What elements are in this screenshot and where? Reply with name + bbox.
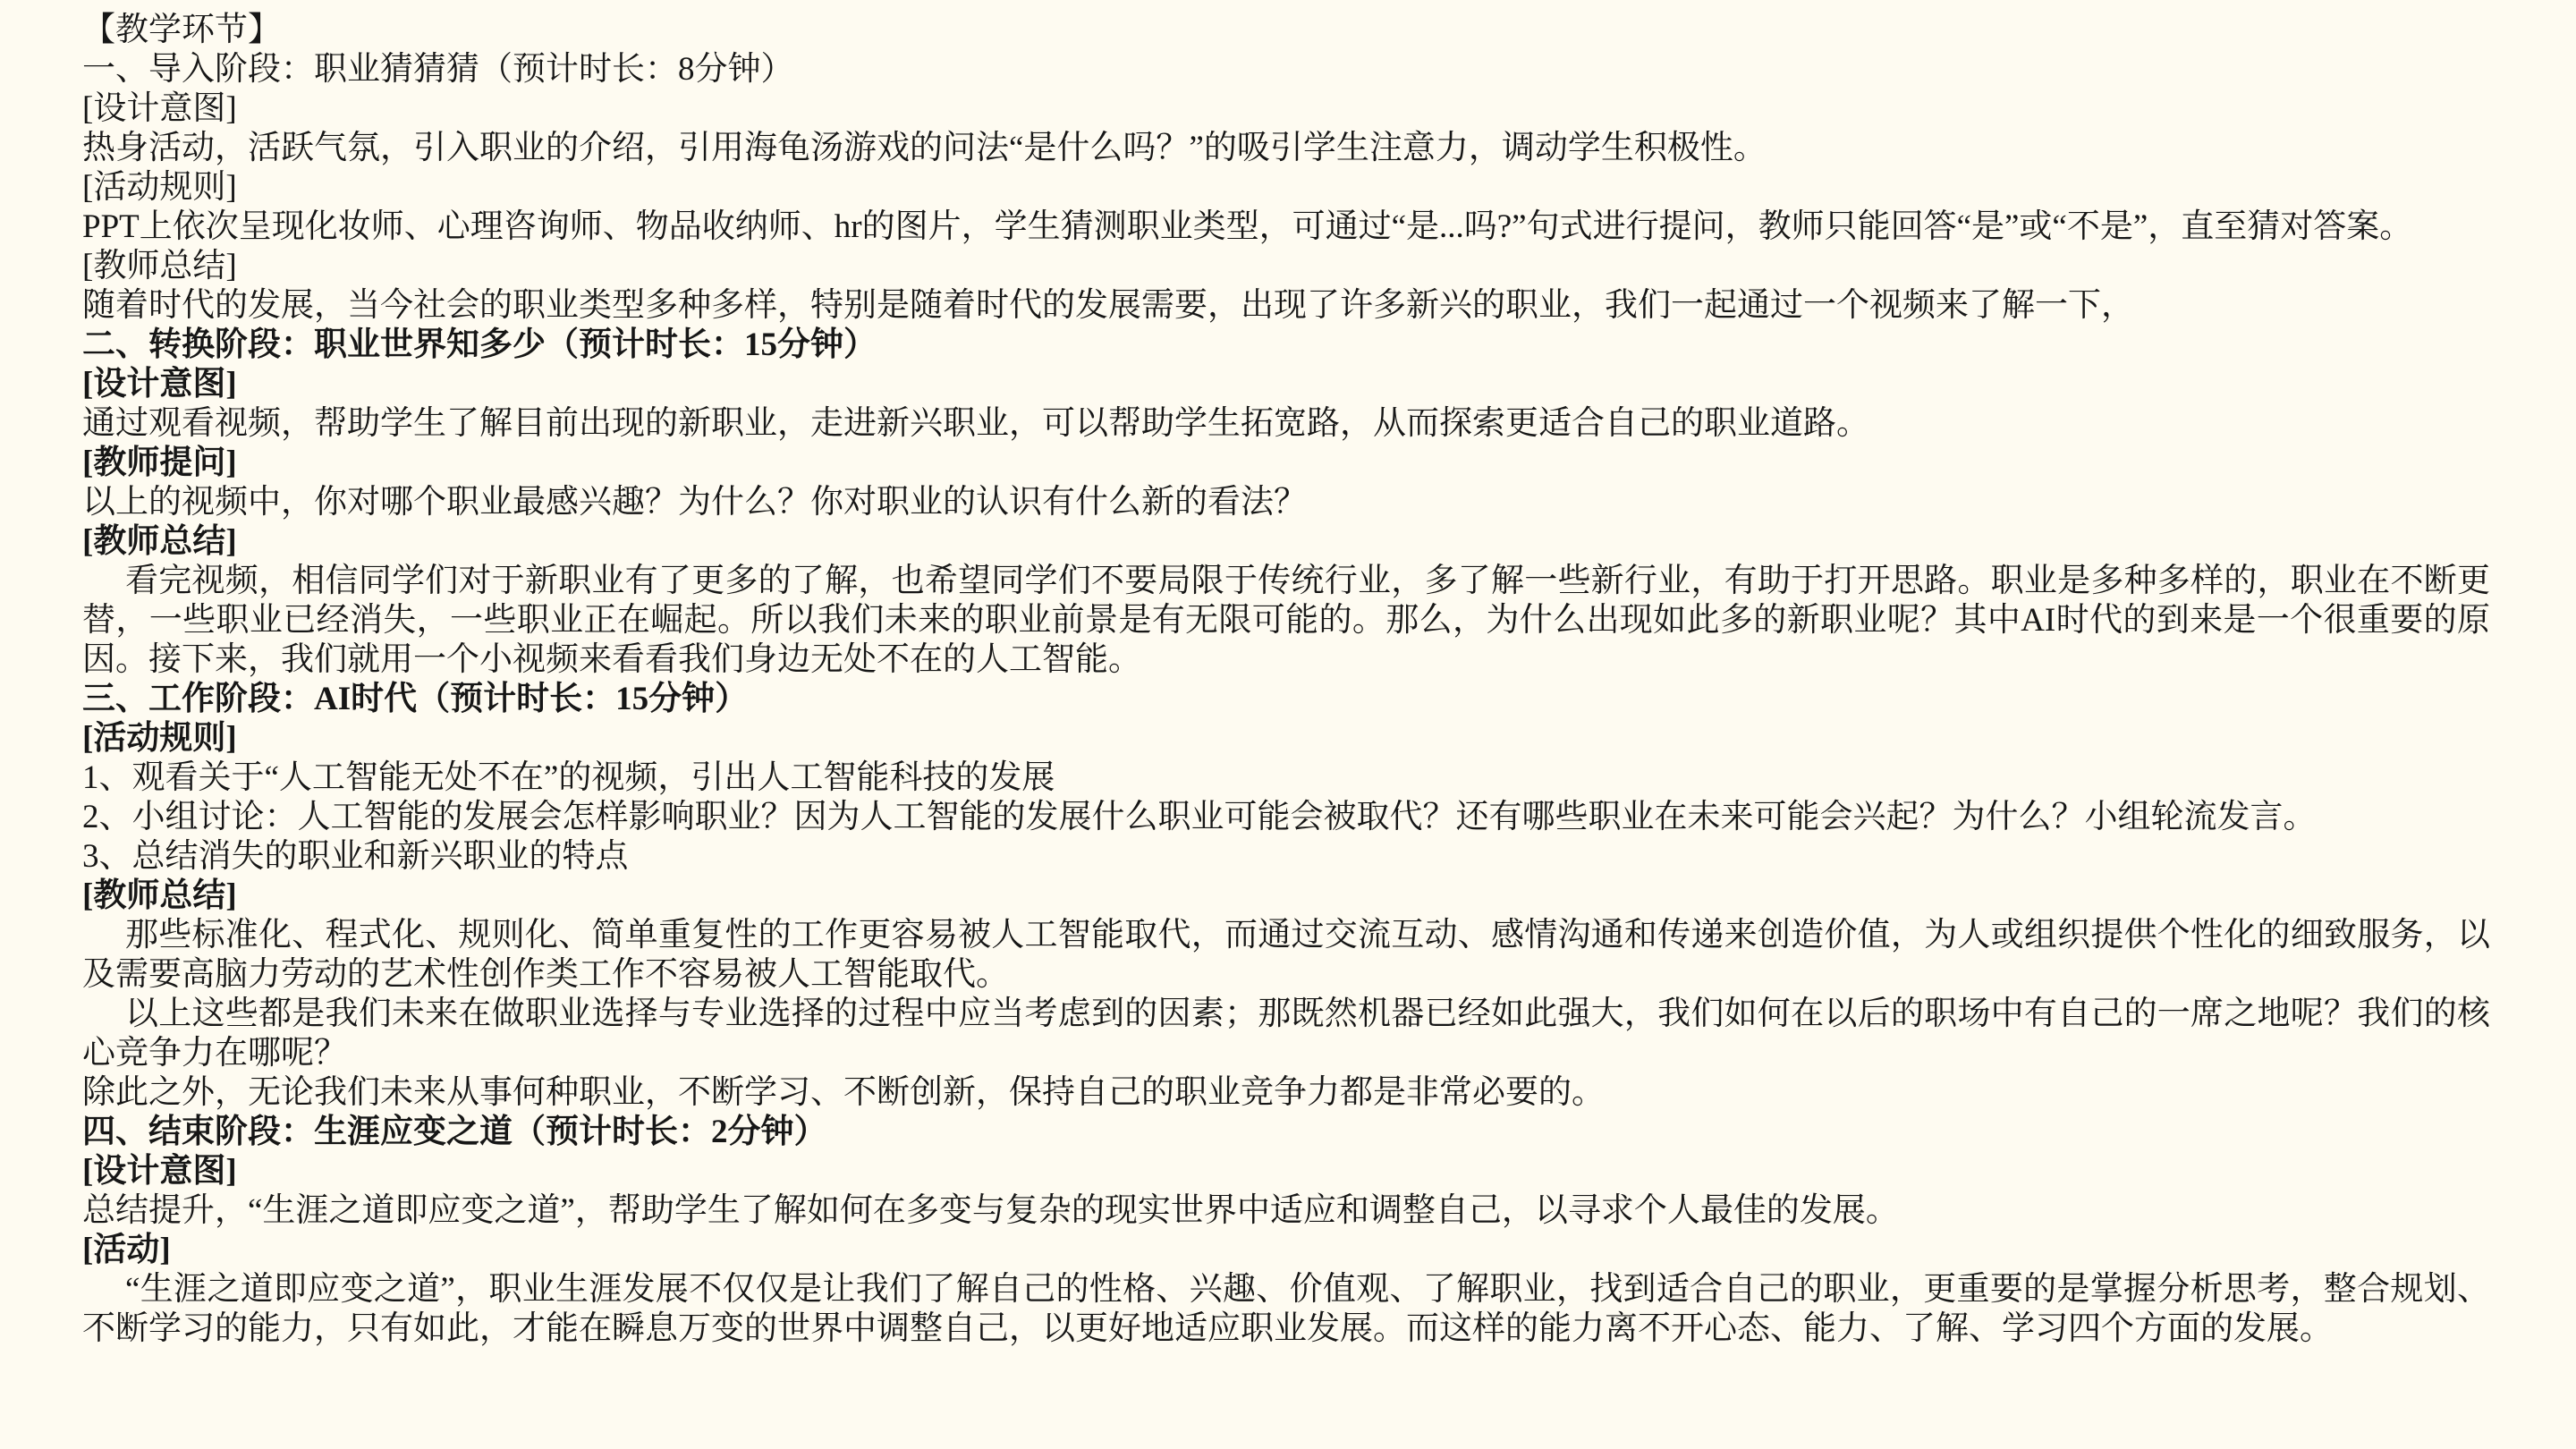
teacher-summary-text-3a: 那些标准化、程式化、规则化、简单重复性的工作更容易被人工智能取代，而通过交流互动…: [82, 916, 2490, 995]
activity-text: “生涯之道即应变之道”，职业生涯发展不仅仅是让我们了解自己的性格、兴趣、价值观、…: [82, 1270, 2490, 1349]
activity-label: [活动]: [82, 1231, 2490, 1270]
design-intent-label-2: [设计意图]: [82, 365, 2490, 404]
doc-section-title: 【教学环节】: [82, 11, 2490, 50]
activity-rules-label-2: [活动规则]: [82, 719, 2490, 758]
design-intent-text-2: 通过观看视频，帮助学生了解目前出现的新职业，走进新兴职业，可以帮助学生拓宽路，从…: [82, 404, 2490, 444]
teacher-question-text: 以上的视频中，你对哪个职业最感兴趣？为什么？你对职业的认识有什么新的看法？: [82, 483, 2490, 522]
activity-rules-text-1: PPT上依次呈现化妆师、心理咨询师、物品收纳师、hr的图片，学生猜测职业类型，可…: [82, 208, 2490, 247]
teacher-summary-text-1: 随着时代的发展，当今社会的职业类型多种多样，特别是随着时代的发展需要，出现了许多…: [82, 286, 2490, 326]
teacher-summary-text-3b: 以上这些都是我们未来在做职业选择与专业选择的过程中应当考虑到的因素；那既然机器已…: [82, 995, 2490, 1073]
teacher-summary-label-2: [教师总结]: [82, 522, 2490, 562]
activity-rule-item-2: 2、小组讨论：人工智能的发展会怎样影响职业？因为人工智能的发展什么职业可能会被取…: [82, 798, 2490, 837]
activity-rules-label-1: [活动规则]: [82, 168, 2490, 208]
design-intent-label-3: [设计意图]: [82, 1152, 2490, 1191]
design-intent-text-3: 总结提升，“生涯之道即应变之道”，帮助学生了解如何在多变与复杂的现实世界中适应和…: [82, 1191, 2490, 1231]
stage-3-heading: 三、工作阶段：AI时代（预计时长：15分钟）: [82, 680, 2490, 719]
stage-4-heading: 四、结束阶段：生涯应变之道（预计时长：2分钟）: [82, 1113, 2490, 1152]
teacher-summary-label-3: [教师总结]: [82, 877, 2490, 916]
teacher-summary-label-1: [教师总结]: [82, 247, 2490, 286]
activity-rule-item-3: 3、总结消失的职业和新兴职业的特点: [82, 837, 2490, 877]
stage-1-heading: 一、导入阶段：职业猜猜猜（预计时长：8分钟）: [82, 50, 2490, 89]
teacher-summary-text-3c: 除此之外，无论我们未来从事何种职业，不断学习、不断创新，保持自己的职业竞争力都是…: [82, 1073, 2490, 1113]
teacher-summary-text-2: 看完视频，相信同学们对于新职业有了更多的了解，也希望同学们不要局限于传统行业，多…: [82, 562, 2490, 680]
activity-rule-item-1: 1、观看关于“人工智能无处不在”的视频，引出人工智能科技的发展: [82, 758, 2490, 798]
design-intent-label-1: [设计意图]: [82, 89, 2490, 129]
lesson-plan-document: 【教学环节】 一、导入阶段：职业猜猜猜（预计时长：8分钟） [设计意图] 热身活…: [0, 0, 2576, 1449]
design-intent-text-1: 热身活动，活跃气氛，引入职业的介绍，引用海龟汤游戏的问法“是什么吗？”的吸引学生…: [82, 129, 2490, 168]
stage-2-heading: 二、转换阶段：职业世界知多少（预计时长：15分钟）: [82, 326, 2490, 365]
teacher-question-label: [教师提问]: [82, 444, 2490, 483]
